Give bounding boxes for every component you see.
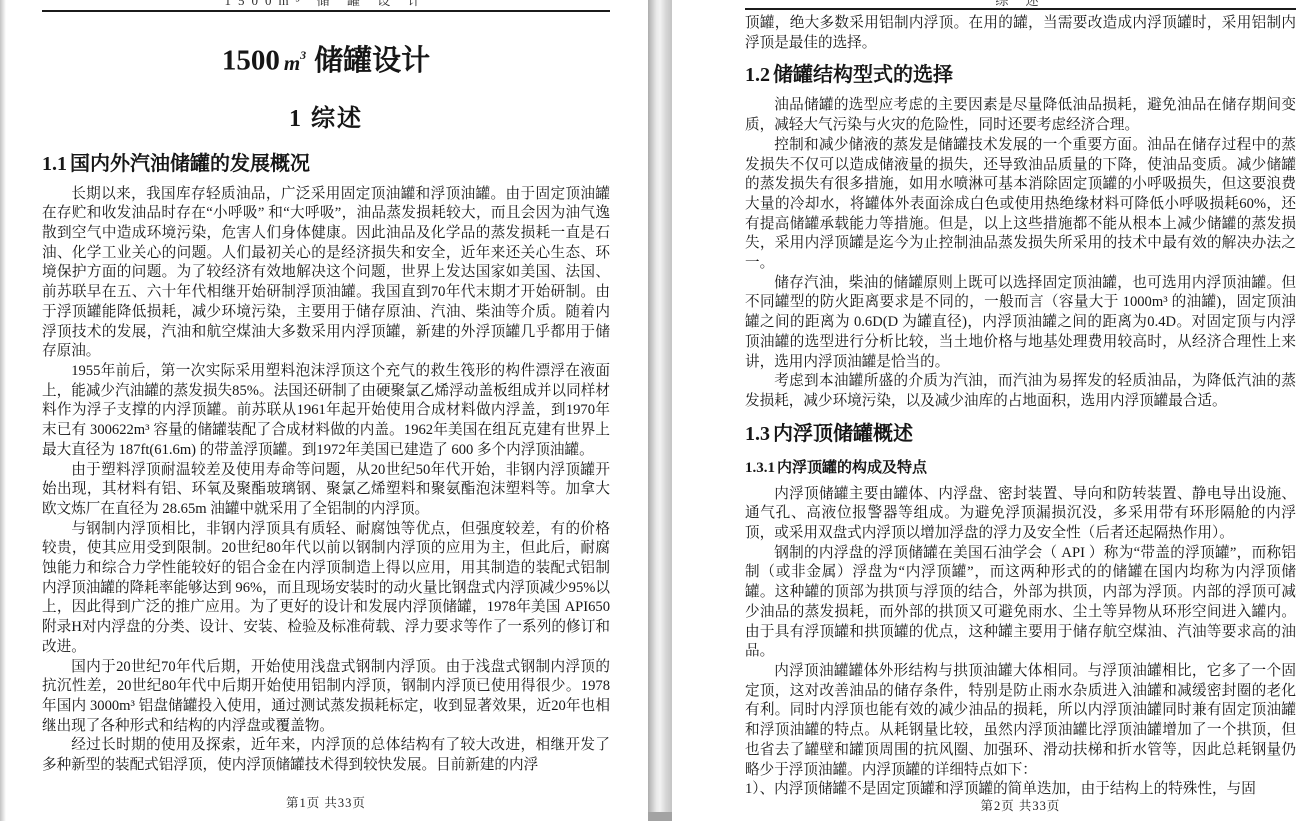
title-unit: m bbox=[284, 51, 300, 75]
section-heading-1-3: 1.3内浮顶储罐概述 bbox=[745, 422, 1296, 446]
running-header-text: 1500m³ 储 罐 设 计 bbox=[42, 0, 610, 9]
title-unit-exponent: 3 bbox=[300, 48, 306, 62]
paragraph: 内浮顶油罐罐体外形结构与拱顶油罐大体相同。与浮顶油罐相比，它多了一个固定顶，这对… bbox=[745, 662, 1296, 780]
subsection-number: 1.3.1 bbox=[745, 460, 775, 476]
paragraph: 与钢制内浮顶相比，非钢内浮顶具有质轻、耐腐蚀等优点，但强度较差，有的价格较贵，使… bbox=[42, 520, 610, 658]
paragraph: 经过长时期的使用及探索，近年来，内浮顶的总体结构有了较大改进，相继开发了多种新型… bbox=[42, 736, 610, 775]
paragraph: 考虑到本油罐所盛的介质为汽油，而汽油为易挥发的轻质油品，为降低汽油的蒸发损耗，减… bbox=[745, 372, 1296, 411]
section-title: 国内外汽油储罐的发展概况 bbox=[70, 153, 310, 175]
paragraph: 内浮顶储罐主要由罐体、内浮盘、密封装置、导向和防转装置、静电导出设施、通气孔、高… bbox=[745, 485, 1296, 544]
section-heading-1-2: 1.2储罐结构型式的选择 bbox=[745, 63, 1296, 87]
section-heading-1-1: 1.1国内外汽油储罐的发展概况 bbox=[42, 152, 610, 176]
page-1: 1500m³ 储 罐 设 计 1500m3储罐设计 1 综述 1.1国内外汽油储… bbox=[0, 0, 648, 821]
left-page-edge-shadow bbox=[0, 0, 6, 821]
section-number: 1.1 bbox=[42, 153, 67, 175]
subsection-heading-1-3-1: 1.3.1内浮顶罐的构成及特点 bbox=[745, 459, 1296, 477]
running-header-text: 综 述 bbox=[745, 0, 1296, 9]
title-text: 储罐设计 bbox=[314, 45, 430, 77]
page-1-footer: 第1页 共33页 bbox=[42, 793, 610, 811]
page-2-footer: 第2页 共33页 bbox=[745, 796, 1296, 814]
paragraph: 长期以来，我国库存轻质油品，广泛采用固定顶油罐和浮顶油罐。由于固定顶油罐在存贮和… bbox=[42, 185, 610, 362]
page-gap bbox=[648, 0, 672, 821]
section-title: 储罐结构型式的选择 bbox=[773, 64, 953, 86]
paragraph: 钢制的内浮盘的浮顶储罐在美国石油学会（ API ）称为“带盖的浮顶罐”，而称铝制… bbox=[745, 544, 1296, 662]
section-title: 内浮顶储罐概述 bbox=[773, 423, 913, 445]
section-number: 1.3 bbox=[745, 423, 770, 445]
paragraph: 国内于20世纪70年代后期，开始使用浅盘式钢制内浮顶。由于浅盘式钢制内浮顶的抗沉… bbox=[42, 658, 610, 737]
continuation-paragraph: 顶罐，绝大多数采用铝制内浮顶。在用的罐，当需要改造成内浮顶罐时，采用铝制内浮顶是… bbox=[745, 14, 1296, 53]
paragraph: 控制和减少储液的蒸发是储罐技术发展的一个重要方面。油品在储存过程中的蒸发损失不仅… bbox=[745, 136, 1296, 274]
paragraph: 由于塑料浮顶耐温较差及使用寿命等问题，从20世纪50年代开始，非钢内浮顶罐开始出… bbox=[42, 461, 610, 520]
subsection-title: 内浮顶罐的构成及特点 bbox=[777, 460, 927, 476]
paragraph: 油品储罐的选型应考虑的主要因素是尽量降低油品损耗，避免油品在储存期间变质，减轻大… bbox=[745, 96, 1296, 135]
chapter-heading: 1 综述 bbox=[42, 105, 610, 133]
page-2: 综 述 顶罐，绝大多数采用铝制内浮顶。在用的罐，当需要改造成内浮顶罐时，采用铝制… bbox=[672, 0, 1307, 821]
page-1-running-header: 1500m³ 储 罐 设 计 bbox=[42, 0, 610, 12]
section-number: 1.2 bbox=[745, 64, 770, 86]
page-2-running-header: 综 述 bbox=[745, 0, 1296, 10]
document-viewer[interactable]: 1500m³ 储 罐 设 计 1500m3储罐设计 1 综述 1.1国内外汽油储… bbox=[0, 0, 1307, 821]
paragraph: 1955年前后，第一次实际采用塑料泡沫浮顶这个充气的救生筏形的构件漂浮在液面上，… bbox=[42, 362, 610, 461]
title-number: 1500 bbox=[222, 45, 280, 77]
paragraph: 储存汽油，柴油的储罐原则上既可以选择固定顶油罐，也可选用内浮顶油罐。但不同罐型的… bbox=[745, 274, 1296, 373]
document-title: 1500m3储罐设计 bbox=[42, 38, 610, 80]
